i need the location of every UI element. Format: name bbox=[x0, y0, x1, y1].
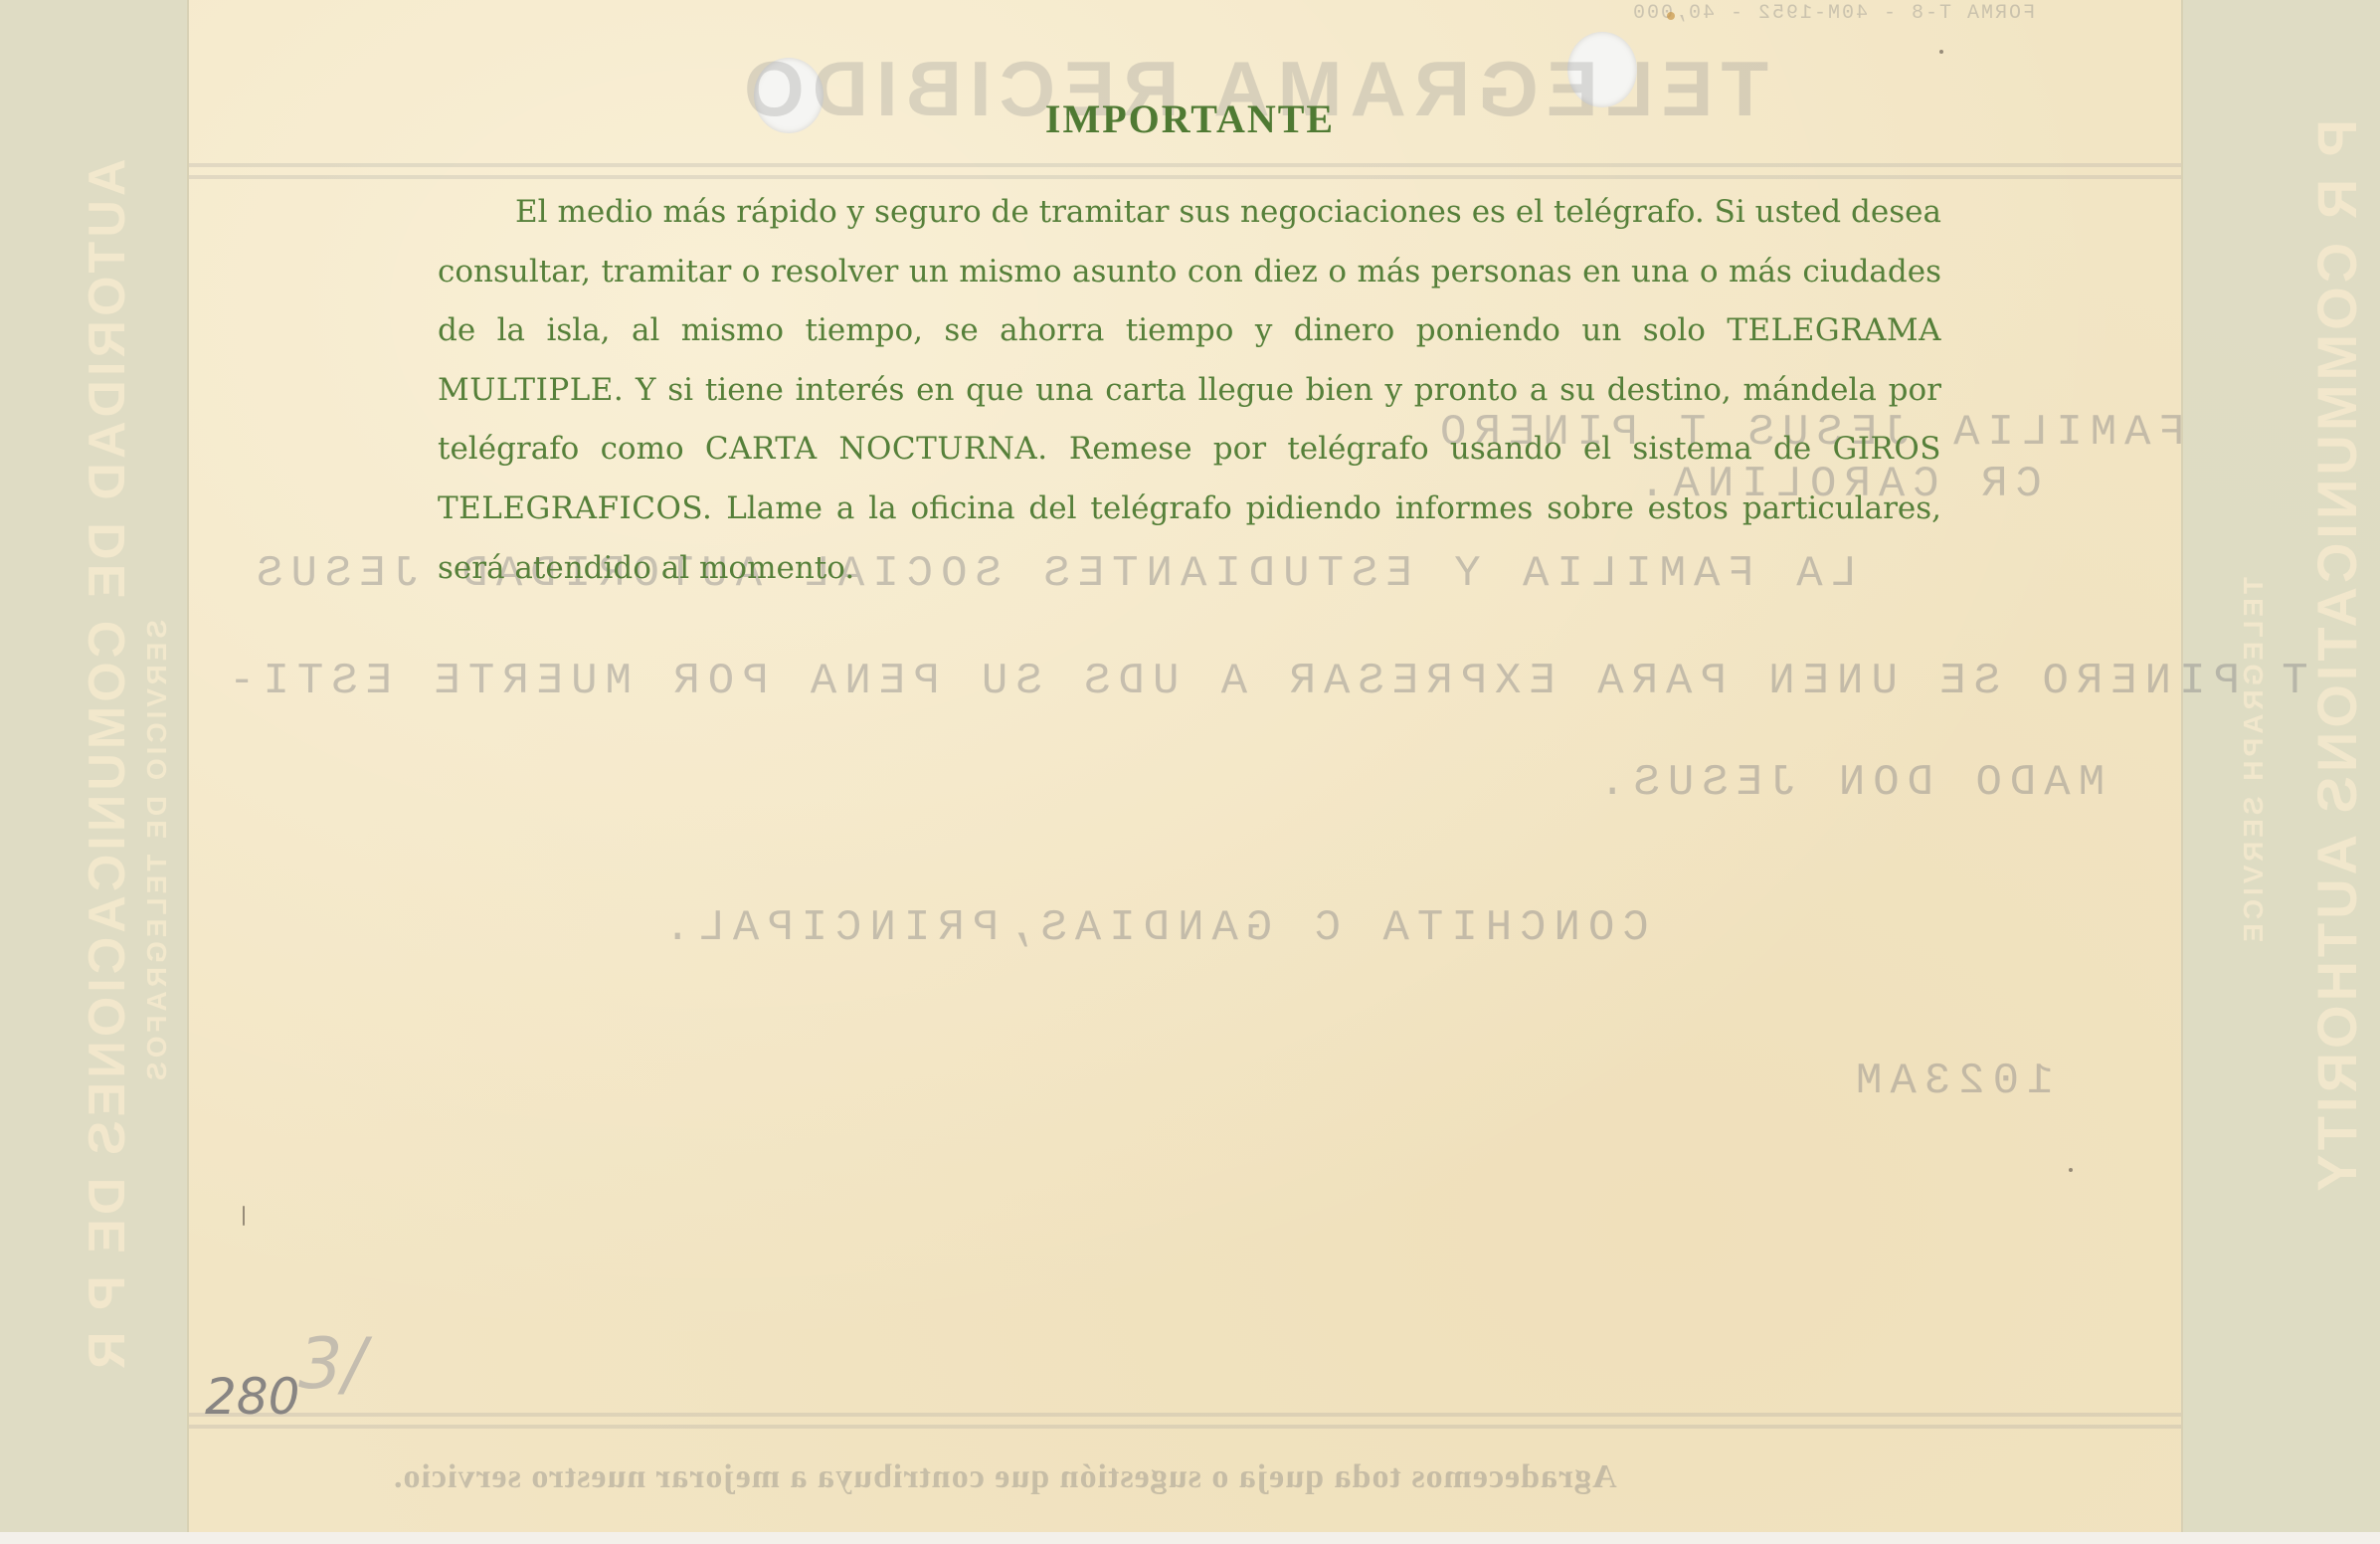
paper-speck bbox=[1939, 50, 1943, 54]
ghost-rule-bottom bbox=[189, 1413, 2181, 1417]
telegram-back-sheet: AUTORIDAD DE COMUNICACIONES DE P R SERVI… bbox=[0, 0, 2380, 1532]
right-side-band: P R COMMUNICATIONS AUTHORITY TELEGRAPH S… bbox=[2181, 0, 2380, 1532]
ghost-footer: Agradecemos toda queja o sugestión que c… bbox=[393, 1458, 1617, 1496]
paper-speck bbox=[2069, 1168, 2073, 1172]
ghost-line-6: CONCHITA C GANDIAS,PRINCIPAL. bbox=[656, 903, 1649, 953]
left-band-text: AUTORIDAD DE COMUNICACIONES DE P R bbox=[78, 159, 137, 1373]
right-band-text: P R COMMUNICATIONS AUTHORITY bbox=[2304, 119, 2369, 1196]
emphasis-carta-nocturna: CARTA NOCTURNA. bbox=[705, 431, 1048, 467]
ghost-line-4: T PINERO SE UNEN PARA EXPRESAR A UDS SU … bbox=[221, 657, 2308, 706]
left-side-band: AUTORIDAD DE COMUNICACIONES DE P R SERVI… bbox=[0, 0, 189, 1532]
paper-speck bbox=[243, 1206, 245, 1226]
paragraph-part-1: El medio más rápido y seguro de tramitar… bbox=[438, 194, 1941, 348]
paragraph-part-3: Remese por telégrafo usando el sistema d… bbox=[1048, 431, 1833, 467]
handwritten-mark: 3/ bbox=[298, 1323, 366, 1405]
left-band-subtext: SERVICIO DE TELEGRAFOS bbox=[141, 620, 173, 1084]
right-band-subtext: TELEGRAPH SERVICE bbox=[2238, 577, 2270, 946]
notice-paragraph: El medio más rápido y seguro de tramitar… bbox=[438, 183, 1941, 598]
paper-speck bbox=[1667, 12, 1675, 20]
ghost-rule-top bbox=[189, 163, 2181, 167]
ghost-rule-top-2 bbox=[189, 175, 2181, 179]
ghost-rule-bottom-2 bbox=[189, 1425, 2181, 1429]
ghost-line-7: 1023AM bbox=[1848, 1057, 2053, 1106]
handwritten-number: 280 bbox=[205, 1368, 299, 1426]
ghost-form-code: FORMA T-8 - 40M-1952 - 40,000 bbox=[1631, 2, 2035, 25]
ghost-line-5: MADO DON JESUS. bbox=[1591, 758, 2105, 808]
document-title: IMPORTANTE bbox=[0, 96, 2380, 142]
